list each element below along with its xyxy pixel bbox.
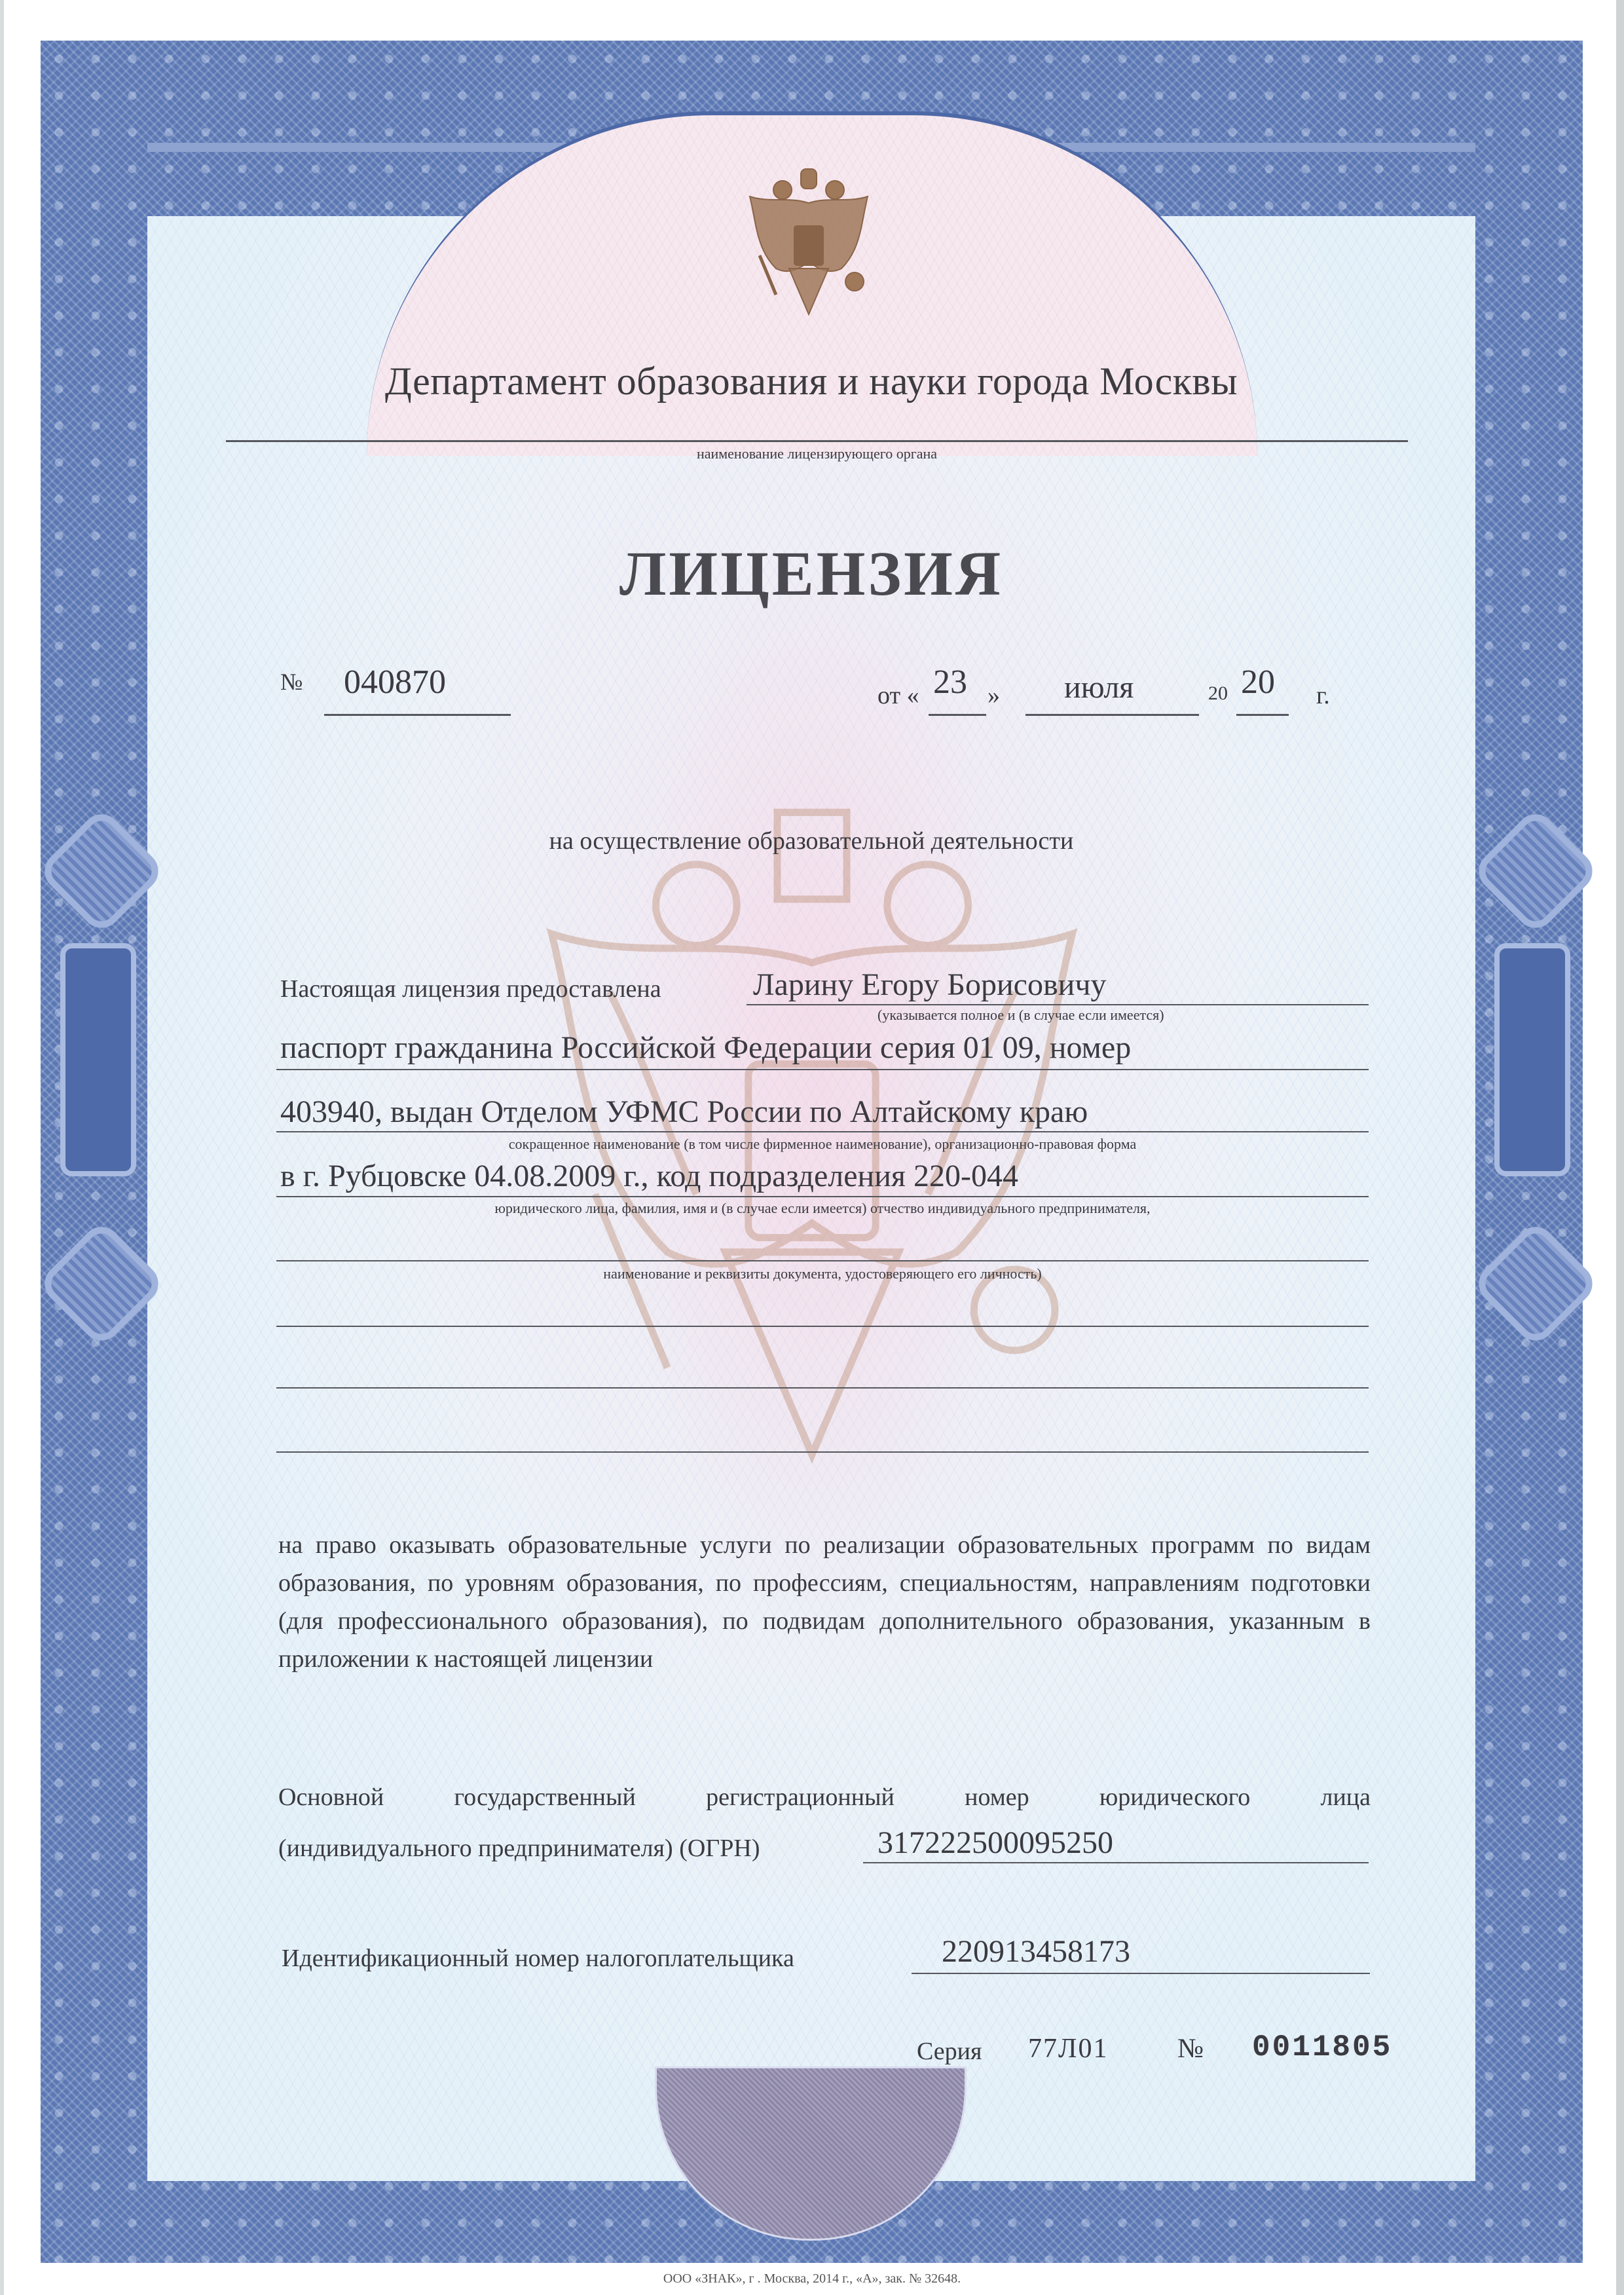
licensee-caption-4: наименование и реквизиты документа, удос… bbox=[276, 1265, 1369, 1282]
blank-line-1 bbox=[276, 1260, 1369, 1261]
series-value: 77Л01 bbox=[1028, 2033, 1109, 2064]
licensee-caption-1: (указывается полное и (в случае если име… bbox=[877, 1007, 1164, 1024]
inn-underline bbox=[912, 1973, 1370, 1974]
date-year-unit: г. bbox=[1316, 681, 1330, 710]
scan-left-edge bbox=[0, 0, 4, 2295]
licensee-caption-2: сокращенное наименование (в том числе фи… bbox=[276, 1136, 1369, 1153]
licensee-line-3-underline bbox=[276, 1131, 1369, 1132]
scan-right-edge bbox=[1616, 0, 1624, 2295]
coat-of-arms-icon bbox=[737, 164, 881, 321]
document-title: ЛИЦЕНЗИЯ bbox=[147, 537, 1475, 610]
date-year-underline bbox=[1236, 714, 1289, 716]
licensee-line-4: в г. Рубцовске 04.08.2009 г., код подраз… bbox=[280, 1158, 1018, 1194]
ogrn-underline bbox=[863, 1862, 1369, 1863]
license-number: 040870 bbox=[344, 663, 446, 701]
date-prefix: от « bbox=[877, 681, 919, 710]
ogrn-label-1: Основной государственный регистрационный… bbox=[278, 1778, 1371, 1816]
licensee-caption-3: юридического лица, фамилия, имя и (в слу… bbox=[276, 1200, 1369, 1217]
printer-info: ООО «ЗНАК», г . Москва, 2014 г., «А», за… bbox=[0, 2271, 1624, 2286]
inn-value: 220913458173 bbox=[942, 1933, 1130, 1969]
blank-number: 0011805 bbox=[1252, 2030, 1392, 2064]
licensee-line-3: 403940, выдан Отделом УФМС России по Алт… bbox=[280, 1094, 1088, 1130]
activity-type: на осуществление образовательной деятель… bbox=[147, 827, 1475, 855]
blank-line-4 bbox=[276, 1451, 1369, 1453]
date-day: 23 bbox=[933, 663, 967, 701]
issuer-underline bbox=[226, 440, 1408, 442]
date-year-prefix: 20 bbox=[1208, 682, 1228, 705]
date-year-suffix: 20 bbox=[1241, 663, 1275, 701]
date-month-underline bbox=[1025, 714, 1199, 716]
license-number-row: № bbox=[280, 668, 303, 696]
ogrn-label-2: (индивидуального предпринимателя) (ОГРН) bbox=[278, 1834, 760, 1863]
granted-to-label: Настоящая лицензия предоставлена bbox=[280, 975, 661, 1003]
licensee-name: Ларину Егору Борисовичу bbox=[753, 967, 1106, 1003]
licensee-line-2: паспорт гражданина Российской Федерации … bbox=[280, 1030, 1131, 1066]
blank-line-3 bbox=[276, 1387, 1369, 1389]
rights-text: на право оказывать образовательные услуг… bbox=[278, 1526, 1371, 1678]
inn-label: Идентификационный номер налогоплательщик… bbox=[282, 1944, 794, 1973]
issuer-name: Департамент образования и науки города М… bbox=[147, 359, 1475, 404]
blank-line-2 bbox=[276, 1326, 1369, 1327]
date-day-close: » bbox=[987, 681, 1000, 710]
date-month: июля bbox=[1064, 669, 1134, 705]
date-day-underline bbox=[929, 714, 986, 716]
right-side-panel bbox=[1494, 943, 1570, 1176]
left-side-panel bbox=[60, 943, 136, 1176]
issuer-caption: наименование лицензирующего органа bbox=[226, 445, 1408, 462]
license-number-underline bbox=[324, 714, 511, 716]
series-label: Серия bbox=[917, 2037, 982, 2066]
ogrn-value: 317222500095250 bbox=[877, 1825, 1113, 1861]
licensee-name-underline bbox=[747, 1004, 1369, 1005]
blank-number-symbol: № bbox=[1177, 2033, 1204, 2064]
number-symbol: № bbox=[280, 669, 303, 695]
licensee-line-4-underline bbox=[276, 1196, 1369, 1197]
licensee-line-2-underline bbox=[276, 1069, 1369, 1070]
